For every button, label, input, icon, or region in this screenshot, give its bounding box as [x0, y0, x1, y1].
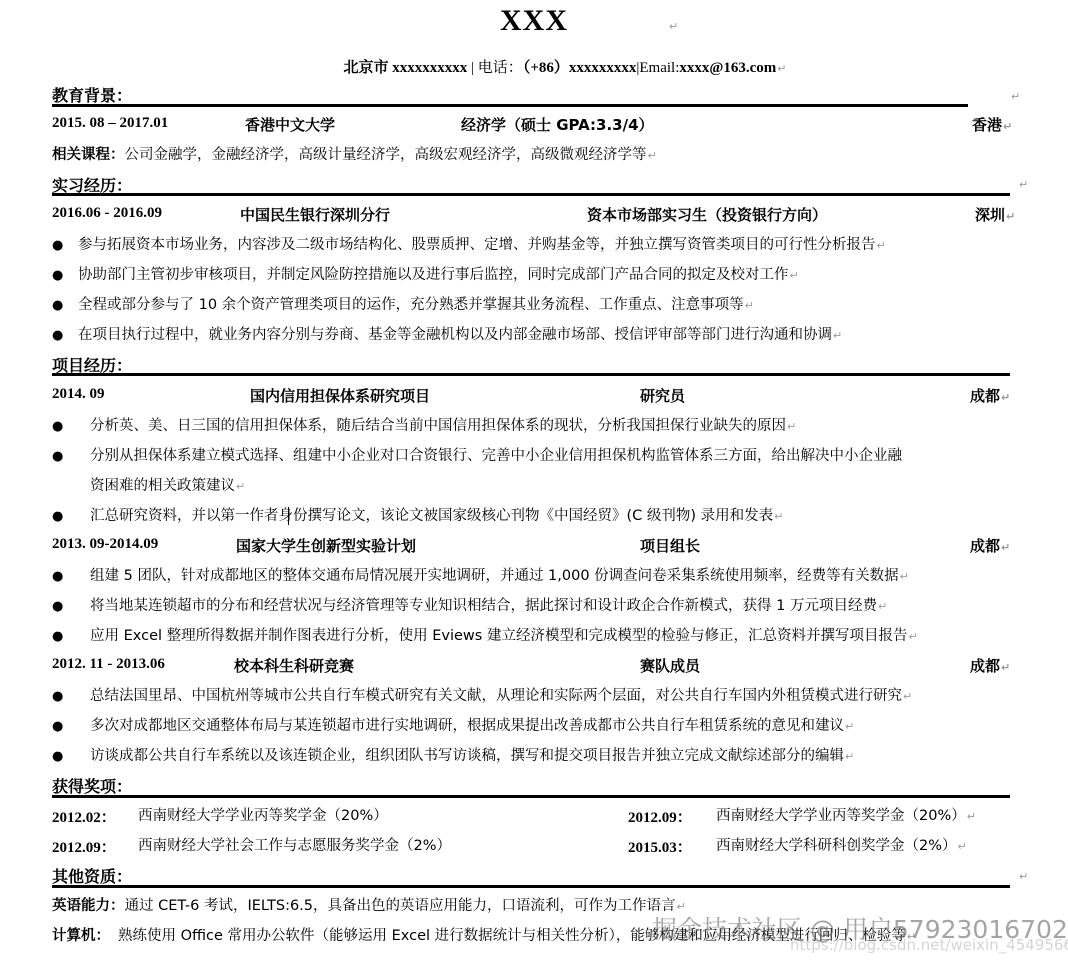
- project-name: 国内信用担保体系研究项目: [250, 386, 430, 406]
- award-date: 2012.09：: [52, 836, 116, 857]
- resume-name: XXX: [0, 4, 1068, 38]
- bullet-icon: ●: [52, 599, 63, 614]
- email-label: Email:: [639, 60, 679, 76]
- project-bullet: ●访谈成都公共自行车系统以及该连锁企业，组织团队书写访谈稿，撰写和提交项目报告并…: [52, 746, 63, 767]
- section-title-awards: 获得奖项：: [52, 777, 132, 797]
- bullet-icon: ●: [52, 749, 63, 764]
- bullet-icon: ●: [52, 238, 63, 253]
- paragraph-mark-icon: ↵: [1003, 120, 1012, 133]
- project-role: 赛队成员: [640, 656, 700, 676]
- contact-line: 北京市 xxxxxxxxxx | 电话：（+86）xxxxxxxxx|Email…: [0, 56, 1068, 77]
- education-location: 香港↵: [972, 115, 1012, 137]
- english-value: 通过 CET-6 考试，IELTS:6.5，具备出色的英语应用能力，口语流利，可…: [125, 898, 676, 914]
- project-bullet: ●组建 5 团队，针对成都地区的整体交通布局情况展开实地调研，并通过 1,000…: [52, 566, 63, 587]
- project-location: 成都↵: [970, 536, 1010, 558]
- phone-code: （+86）: [523, 60, 569, 76]
- english-line: 英语能力：通过 CET-6 考试，IELTS:6.5，具备出色的英语应用能力，口…: [52, 896, 686, 917]
- watermark-url: https://blog.csdn.net/weixin_45495667: [790, 936, 1068, 954]
- bullet-icon: ●: [52, 328, 63, 343]
- bullet-icon: ●: [52, 689, 63, 704]
- award-name: 西南财经大学社会工作与志愿服务奖学金（2%）: [138, 836, 451, 856]
- internship-bullet: ●协助部门主管初步审核项目，并制定风险防控措施以及进行事后监控，同时完成部门产品…: [52, 265, 63, 286]
- internship-company: 中国民生银行深圳分行: [240, 205, 390, 225]
- award-name: 西南财经大学学业丙等奖学金（20%）: [138, 806, 388, 826]
- contact-city-detail: xxxxxxxxxx: [392, 60, 467, 76]
- paragraph-mark-icon: ↵: [1001, 661, 1010, 674]
- paragraph-mark-icon: ↵: [1011, 90, 1020, 103]
- bullet-icon: ●: [52, 449, 63, 464]
- project-date: 2012. 11 - 2013.06: [52, 656, 165, 673]
- bullet-icon: ●: [52, 509, 63, 524]
- project-bullet: ●分别从担保体系建立模式选择、组建中小企业对口合资银行、完善中小企业信用担保机构…: [52, 446, 63, 467]
- phone-number: xxxxxxxxx: [569, 60, 637, 76]
- project-name: 国家大学生创新型实验计划: [236, 536, 416, 556]
- paragraph-mark-icon: ↵: [1001, 541, 1010, 554]
- project-name: 校本科生科研竞赛: [234, 656, 354, 676]
- bullet-icon: ●: [52, 298, 63, 313]
- project-bullet: ●分析英、美、日三国的信用担保体系，随后结合当前中国信用担保体系的现状，分析我国…: [52, 416, 63, 437]
- english-label: 英语能力: [52, 898, 110, 914]
- paragraph-mark-icon: ↵: [1006, 210, 1015, 223]
- phone-label: 电话：: [478, 60, 523, 76]
- courses-label: 相关课程: [52, 147, 110, 163]
- paragraph-mark-icon: ↵: [777, 62, 786, 75]
- paragraph-mark-icon: ↵: [648, 149, 657, 162]
- computer-label: 计算机：: [52, 928, 110, 944]
- award-name: 西南财经大学科研科创奖学金（2%）↵: [716, 836, 967, 857]
- project-role: 项目组长: [640, 536, 700, 556]
- project-date: 2013. 09-2014.09: [52, 536, 158, 553]
- project-bullet: ●汇总研究资料，并以第一作者身份撰写论文，该论文被国家级核心刊物《中国经贸》(C…: [52, 506, 63, 527]
- bullet-icon: ●: [52, 268, 63, 283]
- paragraph-mark-icon: ↵: [1019, 870, 1028, 883]
- project-date: 2014. 09: [52, 386, 105, 403]
- bullet-icon: ●: [52, 569, 63, 584]
- project-bullet-continuation: 资困难的相关政策建议↵: [90, 476, 245, 497]
- bullet-icon: ●: [52, 719, 63, 734]
- section-rule: [52, 104, 968, 107]
- contact-city: 北京市: [344, 60, 389, 76]
- bullet-icon: ●: [52, 629, 63, 644]
- project-bullet: ●总结法国里昂、中国杭州等城市公共自行车模式研究有关文献，从理论和实际两个层面，…: [52, 686, 63, 707]
- award-date: 2015.03：: [628, 836, 692, 857]
- project-bullet: ●将当地某连锁超市的分布和经营状况与经济管理等专业知识相结合，据此探讨和设计政企…: [52, 596, 63, 617]
- award-date: 2012.02：: [52, 806, 116, 827]
- internship-bullet: ●全程或部分参与了 10 余个资产管理类项目的运作，充分熟悉并掌握其业务流程、工…: [52, 295, 63, 316]
- text-cursor: [288, 507, 289, 525]
- education-degree: 经济学（硕士 GPA:3.3/4）: [461, 115, 654, 135]
- education-date: 2015. 08 – 2017.01: [52, 115, 168, 132]
- project-bullet: ●应用 Excel 整理所得数据并制作图表进行分析，使用 Eviews 建立经济…: [52, 626, 63, 647]
- project-location: 成都↵: [970, 386, 1010, 408]
- internship-bullet: ●参与拓展资本市场业务，内容涉及二级市场结构化、股票质押、定增、并购基金等，并独…: [52, 235, 63, 256]
- paragraph-mark-icon: ↵: [1019, 178, 1028, 191]
- bullet-icon: ●: [52, 419, 63, 434]
- paragraph-mark-icon: ↵: [669, 20, 678, 33]
- project-role: 研究员: [640, 386, 685, 406]
- section-title-education: 教育背景：: [52, 86, 132, 106]
- project-bullet: ●多次对成都地区交通整体布局与某连锁超市进行实地调研，根据成果提出改善成都市公共…: [52, 716, 63, 737]
- courses-value: 公司金融学，金融经济学，高级计量经济学，高级宏观经济学，高级微观经济学等: [125, 147, 647, 163]
- email-value: xxxx@163.com: [679, 60, 776, 76]
- section-title-other: 其他资质：: [52, 867, 132, 887]
- paragraph-mark-icon: ↵: [1001, 391, 1010, 404]
- courses-line: 相关课程：公司金融学，金融经济学，高级计量经济学，高级宏观经济学，高级微观经济学…: [52, 145, 657, 166]
- internship-date: 2016.06 - 2016.09: [52, 205, 162, 222]
- internship-role: 资本市场部实习生（投资银行方向）: [587, 205, 827, 225]
- section-rule: [52, 193, 1010, 196]
- internship-bullet: ●在项目执行过程中，就业务内容分别与券商、基金等金融机构以及内部金融市场部、授信…: [52, 325, 63, 346]
- award-name: 西南财经大学学业丙等奖学金（20%）↵: [716, 806, 976, 827]
- section-rule: [52, 373, 1010, 376]
- section-rule: [52, 795, 1010, 798]
- internship-location: 深圳↵: [975, 205, 1015, 227]
- section-rule: [52, 885, 1010, 888]
- contact-separator: |: [471, 60, 474, 76]
- award-date: 2012.09：: [628, 806, 692, 827]
- education-school: 香港中文大学: [245, 115, 335, 135]
- project-location: 成都↵: [970, 656, 1010, 678]
